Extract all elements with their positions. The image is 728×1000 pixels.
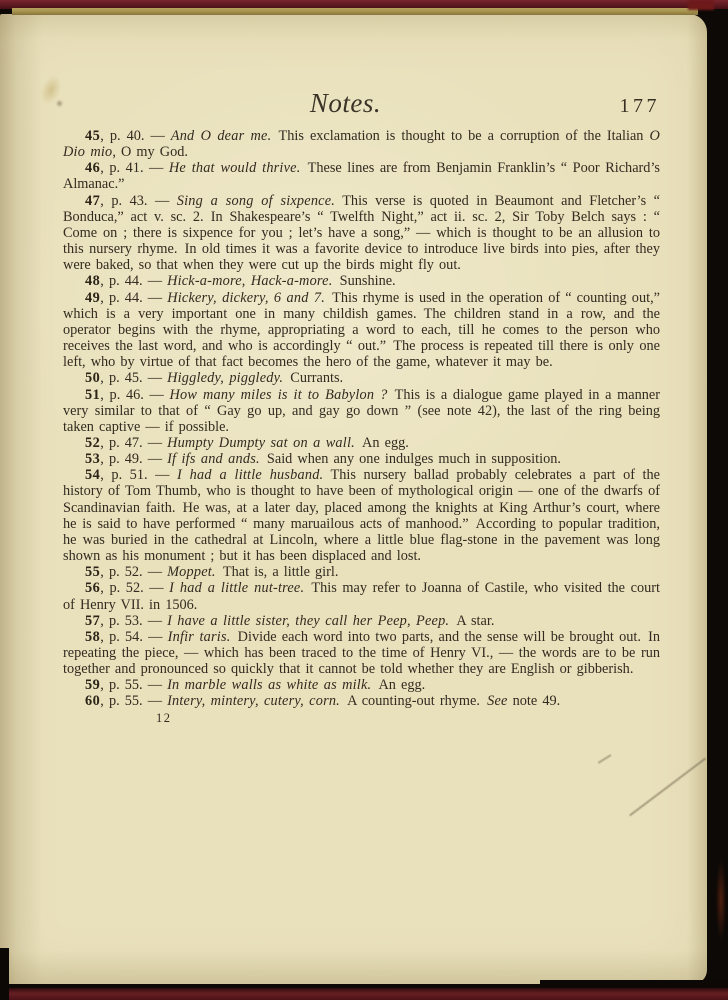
note-italic-text: Higgledy, piggledy.: [167, 370, 283, 386]
note-entry: 53, p. 49. — If ifs and ands. Said when …: [63, 451, 660, 467]
note-italic-text: Hickery, dickery, 6 and 7.: [167, 290, 325, 306]
page-text-block: Notes. 177 45, p. 40. — And O dear me. T…: [63, 88, 660, 726]
note-number: 45: [85, 128, 100, 144]
note-text: Divide each word into two parts, and the…: [63, 629, 660, 677]
pencil-mark: [629, 758, 706, 816]
signature-mark: 12: [63, 711, 660, 726]
note-text: Currants.: [283, 370, 343, 386]
book-cover-bottom-edge: [0, 988, 728, 1000]
note-entry: 52, p. 47. — Humpty Dumpty sat on a wall…: [63, 435, 660, 451]
note-number: 46: [85, 160, 100, 176]
note-number: 57: [85, 613, 100, 629]
note-text: This may refer to Joanna of Castile, who…: [63, 580, 660, 612]
note-number: 51: [85, 387, 100, 403]
note-italic-text: Humpty Dumpty sat on a wall.: [167, 435, 355, 451]
shadow-bottom-left: [0, 948, 9, 1000]
note-number: 47: [85, 193, 100, 209]
note-text: An egg.: [371, 677, 425, 693]
note-number: 54: [85, 467, 100, 483]
note-italic-text: See: [487, 693, 507, 709]
note-text: That is, a little girl.: [216, 564, 339, 580]
note-entry: 45, p. 40. — And O dear me. This exclama…: [63, 128, 660, 160]
note-text: Sunshine.: [332, 273, 395, 289]
note-number: 56: [85, 580, 100, 596]
note-number: 59: [85, 677, 100, 693]
note-italic-text: How many miles is it to Babylon ?: [170, 387, 388, 403]
note-italic-text: I have a little sister, they call her Pe…: [167, 613, 449, 629]
note-number: 58: [85, 629, 100, 645]
note-number: 60: [85, 693, 100, 709]
note-text: A counting-out rhyme.: [340, 693, 487, 709]
cover-corner-red: [688, 0, 714, 10]
page-header: Notes. 177: [63, 88, 660, 128]
note-text: note 49.: [508, 693, 561, 709]
note-text: A star.: [449, 613, 494, 629]
cover-right-streak: [714, 845, 728, 955]
page-number: 177: [620, 95, 661, 118]
note-italic-text: And O dear me.: [171, 128, 272, 144]
scanned-book-photo: Notes. 177 45, p. 40. — And O dear me. T…: [0, 0, 728, 1000]
note-text: , O my God.: [112, 144, 188, 160]
note-number: 55: [85, 564, 100, 580]
notes-list: 45, p. 40. — And O dear me. This exclama…: [63, 128, 660, 710]
note-number: 49: [85, 290, 100, 306]
note-entry: 47, p. 43. — Sing a song of sixpence. Th…: [63, 193, 660, 274]
note-entry: 56, p. 52. — I had a little nut-tree. Th…: [63, 580, 660, 612]
note-entry: 48, p. 44. — Hick-a-more, Hack-a-more. S…: [63, 273, 660, 289]
note-entry: 59, p. 55. — In marble walls as white as…: [63, 677, 660, 693]
note-entry: 46, p. 41. — He that would thrive. These…: [63, 160, 660, 192]
note-entry: 55, p. 52. — Moppet. That is, a little g…: [63, 564, 660, 580]
note-entry: 50, p. 45. — Higgledy, piggledy. Currant…: [63, 370, 660, 386]
note-text: This exclamation is thought to be a corr…: [271, 128, 649, 144]
note-italic-text: Infir taris.: [168, 629, 231, 645]
note-number: 52: [85, 435, 100, 451]
note-number: 53: [85, 451, 100, 467]
note-text: This nursery ballad probably celebrates …: [63, 467, 660, 564]
note-number: 48: [85, 273, 100, 289]
note-text: This rhyme is used in the operation of “…: [63, 290, 660, 371]
pencil-tick-mark: [598, 754, 612, 763]
note-italic-text: He that would thrive.: [169, 160, 301, 176]
note-text: These lines are from Benjamin Franklin’s…: [63, 160, 660, 192]
note-text: An egg.: [355, 435, 409, 451]
note-italic-text: If ifs and ands.: [167, 451, 260, 467]
note-italic-text: Sing a song of sixpence.: [177, 193, 335, 209]
note-italic-text: Moppet.: [167, 564, 216, 580]
note-number: 50: [85, 370, 100, 386]
note-italic-text: Hick-a-more, Hack-a-more.: [167, 273, 332, 289]
page-title: Notes.: [47, 88, 644, 119]
book-page: Notes. 177 45, p. 40. — And O dear me. T…: [0, 14, 707, 984]
note-entry: 54, p. 51. — I had a little husband. Thi…: [63, 467, 660, 564]
note-entry: 58, p. 54. — Infir taris. Divide each wo…: [63, 629, 660, 677]
note-italic-text: I had a little nut-tree.: [169, 580, 304, 596]
note-italic-text: In marble walls as white as milk.: [167, 677, 371, 693]
page-edges-top-band: [12, 8, 698, 15]
note-entry: 60, p. 55. — Intery, mintery, cutery, co…: [63, 693, 660, 709]
note-text: Said when any one indulges much in suppo…: [260, 451, 561, 467]
note-entry: 49, p. 44. — Hickery, dickery, 6 and 7. …: [63, 290, 660, 371]
note-italic-text: I had a little husband.: [177, 467, 323, 483]
note-text: This verse is quoted in Beaumont and Fle…: [63, 193, 660, 274]
note-entry: 51, p. 46. — How many miles is it to Bab…: [63, 387, 660, 435]
note-italic-text: Intery, mintery, cutery, corn.: [167, 693, 340, 709]
note-entry: 57, p. 53. — I have a little sister, the…: [63, 613, 660, 629]
